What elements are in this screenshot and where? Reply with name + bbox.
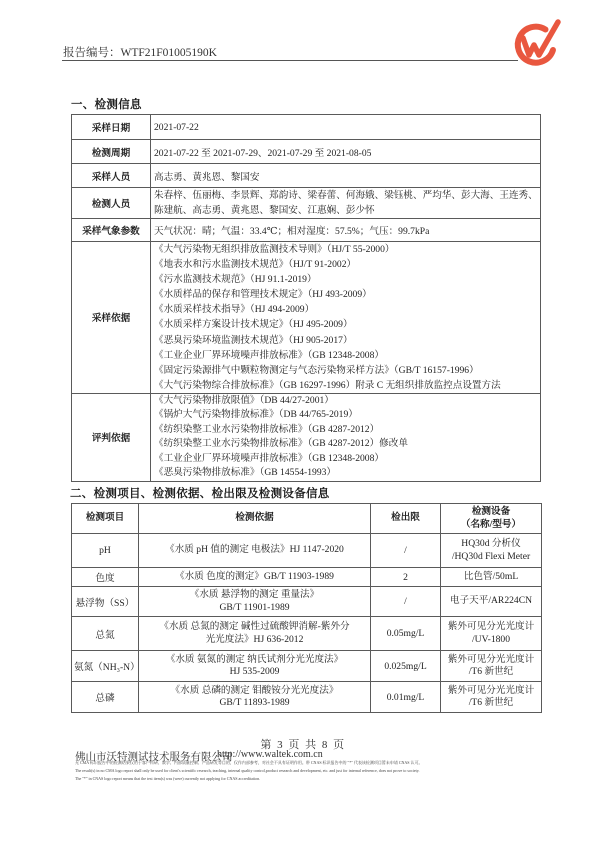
cell-limit: / — [371, 534, 441, 568]
text-line: 高志勇、黄兆恩、黎国安 — [154, 169, 538, 183]
cell-item: 悬浮物（SS） — [72, 587, 139, 617]
standard-item: 《大气污染物综合排放标准》（GB 16297-1996）附录 C 无组织排放监控… — [154, 378, 538, 393]
standard-item: 《地表水和污水监测技术规范》（HJ/T 91-2002） — [154, 257, 538, 272]
value-samplers: 高志勇、黄兆恩、黎国安 — [151, 164, 541, 188]
cell-item: 总磷 — [72, 682, 139, 713]
cell-limit: 0.05mg/L — [371, 617, 441, 651]
cell-method: 《水质 氨氮的测定 纳氏试剂分光光度法》 HJ 535-2009 — [139, 651, 371, 682]
standard-item: 《水质采样方案设计技术规定》（HJ 495-2009） — [154, 317, 538, 332]
text-line: 2021-07-22 至 2021-07-29、2021-07-29 至 202… — [154, 145, 538, 159]
standard-item: 《恶臭污染环境监测技术规范》（HJ 905-2017） — [154, 333, 538, 348]
header-text: 检测依据 — [141, 512, 368, 525]
cell-item: 总氮 — [72, 617, 139, 651]
standard-item: 《工业企业厂界环境噪声排放标准》（GB 12348-2008） — [154, 452, 538, 467]
header-detection-limit: 检出限 — [371, 504, 441, 534]
cell-method: 《水质 色度的测定》GB/T 11903-1989 — [139, 568, 371, 587]
cell-equipment: HQ30d 分析仪 /HQ30d Flexi Meter — [441, 534, 542, 568]
report-number-label: 报告编号： — [63, 47, 121, 59]
row-sampling-date: 采样日期 2021-07-22 — [72, 115, 541, 140]
table-row: 色度 《水质 色度的测定》GB/T 11903-1989 2 比色管/50mL — [72, 568, 542, 587]
header-text: 检出限 — [373, 512, 438, 525]
header-test-item: 检测项目 — [72, 504, 139, 534]
text-line: 天气状况：晴；气温：33.4℃；相对湿度：57.5%；气压：99.7kPa — [154, 223, 538, 237]
label-evaluation-basis: 评判依据 — [72, 393, 151, 481]
row-evaluation-basis: 评判依据 《大气污染物排放限值》（DB 44/27-2001） 《锅炉大气污染物… — [72, 393, 541, 481]
disclaimer-line: 无 CMA 标识报告中的检测结果仅用于客户科研、教学、内部质量控制、产品研发等目… — [75, 759, 545, 767]
standard-item: 《污水监测技术规范》（HJ 91.1-2019） — [154, 272, 538, 287]
row-test-period: 检测周期 2021-07-22 至 2021-07-29、2021-07-29 … — [72, 140, 541, 164]
cell-method: 《水质 总磷的测定 钼酸铵分光光度法》 GB/T 11893-1989 — [139, 682, 371, 713]
cell-limit: 0.01mg/L — [371, 682, 441, 713]
table-row: 总氮 《水质 总氮的测定 碱性过硫酸钾消解-紫外分 光光度法》HJ 636-20… — [72, 617, 542, 651]
report-number-value: WTF21F01005190K — [121, 47, 217, 59]
text-line: 《水质 总磷的测定 钼酸铵分光光度法》 — [141, 685, 368, 698]
standard-item: 《锅炉大气污染物排放标准》（DB 44/765-2019） — [154, 408, 538, 423]
text-line: 《水质 pH 值的测定 电极法》HJ 1147-2020 — [141, 544, 368, 557]
disclaimer-line: The result(s) in no CMA logo report shal… — [75, 767, 545, 775]
text-line: 2021-07-22 — [154, 122, 538, 133]
report-page: 报告编号：WTF21F01005190K 一、检测信息 采样日期 2021-07… — [0, 0, 595, 841]
text-line: HQ30d 分析仪 — [443, 538, 539, 551]
value-weather: 天气状况：晴；气温：33.4℃；相对湿度：57.5%；气压：99.7kPa — [151, 219, 541, 242]
row-testers: 检测人员 朱春梓、伍丽梅、李景辉、郑韵诗、梁春蕾、何海娥、梁钰桃、严均华、彭大海… — [72, 188, 541, 219]
standard-item: 《大气污染物无组织排放监测技术导则》（HJ/T 55-2000） — [154, 242, 538, 257]
header-test-method: 检测依据 — [139, 504, 371, 534]
cell-equipment: 电子天平/AR224CN — [441, 587, 542, 617]
inspection-info-table: 采样日期 2021-07-22 检测周期 2021-07-22 至 2021-0… — [71, 114, 541, 482]
text-line: /UV-1800 — [443, 634, 539, 647]
cell-item: pH — [72, 534, 139, 568]
standard-item: 《固定污染源排气中颗粒物测定与气态污染物采样方法》（GB/T 16157-199… — [154, 363, 538, 378]
text-line: /T6 新世纪 — [443, 697, 539, 710]
header-equipment: 检测设备 （名称/型号） — [441, 504, 542, 534]
text-line: 《水质 氨氮的测定 纳氏试剂分光光度法》 — [141, 654, 368, 667]
text-line: 紫外可见分光光度计 — [443, 654, 539, 667]
header-text: 检测设备 — [443, 506, 539, 519]
text-line: 比色管/50mL — [443, 571, 539, 584]
standard-item: 《恶臭污染物排放标准》（GB 14554-1993） — [154, 466, 538, 481]
label-samplers: 采样人员 — [72, 164, 151, 188]
cell-item: 色度 — [72, 568, 139, 587]
table-header-row: 检测项目 检测依据 检出限 检测设备 （名称/型号） — [72, 504, 542, 534]
cell-limit: 2 — [371, 568, 441, 587]
disclaimer-notes: 无 CMA 标识报告中的检测结果仅用于客户科研、教学、内部质量控制、产品研发等目… — [75, 759, 545, 783]
text-line: 紫外可见分光光度计 — [443, 621, 539, 634]
table-row: pH 《水质 pH 值的测定 电极法》HJ 1147-2020 / HQ30d … — [72, 534, 542, 568]
report-number: 报告编号：WTF21F01005190K — [63, 44, 217, 60]
standard-item: 《水质采样技术指导》（HJ 494-2009） — [154, 302, 538, 317]
cell-method: 《水质 总氮的测定 碱性过硫酸钾消解-紫外分 光光度法》HJ 636-2012 — [139, 617, 371, 651]
cell-item: 氨氮（NH₃-N） — [72, 651, 139, 682]
cell-equipment: 比色管/50mL — [441, 568, 542, 587]
table-row: 氨氮（NH₃-N） 《水质 氨氮的测定 纳氏试剂分光光度法》 HJ 535-20… — [72, 651, 542, 682]
waltek-check-logo-icon — [510, 18, 562, 72]
text-line: 陈建航、高志勇、黄兆恩、黎国安、江惠娴、彭少怀 — [154, 203, 538, 218]
text-line: 《水质 总氮的测定 碱性过硫酸钾消解-紫外分 — [141, 621, 368, 634]
cell-method: 《水质 pH 值的测定 电极法》HJ 1147-2020 — [139, 534, 371, 568]
header-text: （名称/型号） — [443, 519, 539, 532]
standard-item: 《纺织染整工业水污染物排放标准》（GB 4287-2012） — [154, 423, 538, 438]
cell-method: 《水质 悬浮物的测定 重量法》 GB/T 11901-1989 — [139, 587, 371, 617]
cell-equipment: 紫外可见分光光度计 /UV-1800 — [441, 617, 542, 651]
standard-item: 《水质样品的保存和管理技术规定》（HJ 493-2009） — [154, 287, 538, 302]
header-text: 检测项目 — [74, 512, 136, 525]
text-line: /T6 新世纪 — [443, 666, 539, 679]
disclaimer-line: The "*" in CNAS logo report means that t… — [75, 775, 545, 783]
row-sampling-basis: 采样依据 《大气污染物无组织排放监测技术导则》（HJ/T 55-2000） 《地… — [72, 242, 541, 394]
text-line: 《水质 色度的测定》GB/T 11903-1989 — [141, 571, 368, 584]
cell-limit: 0.025mg/L — [371, 651, 441, 682]
test-items-table: 检测项目 检测依据 检出限 检测设备 （名称/型号） pH 《水质 pH 值的测… — [71, 503, 542, 713]
label-testers: 检测人员 — [72, 188, 151, 219]
text-line: HJ 535-2009 — [141, 666, 368, 679]
cell-equipment: 紫外可见分光光度计 /T6 新世纪 — [441, 682, 542, 713]
cell-equipment: 紫外可见分光光度计 /T6 新世纪 — [441, 651, 542, 682]
value-sampling-date: 2021-07-22 — [151, 115, 541, 140]
text-line: GB/T 11893-1989 — [141, 697, 368, 710]
standard-item: 《工业企业厂界环境噪声排放标准》（GB 12348-2008） — [154, 348, 538, 363]
value-testers: 朱春梓、伍丽梅、李景辉、郑韵诗、梁春蕾、何海娥、梁钰桃、严均华、彭大海、王连秀、… — [151, 188, 541, 219]
text-line: 紫外可见分光光度计 — [443, 685, 539, 698]
standard-item: 《纺织染整工业水污染物排放标准》（GB 4287-2012）修改单 — [154, 437, 538, 452]
label-weather: 采样气象参数 — [72, 219, 151, 242]
section-2-title: 二、检测项目、检测依据、检出限及检测设备信息 — [70, 485, 330, 501]
header-divider — [62, 60, 518, 61]
row-samplers: 采样人员 高志勇、黄兆恩、黎国安 — [72, 164, 541, 188]
table-row: 总磷 《水质 总磷的测定 钼酸铵分光光度法》 GB/T 11893-1989 0… — [72, 682, 542, 713]
standard-item: 《大气污染物排放限值》（DB 44/27-2001） — [154, 394, 538, 409]
label-test-period: 检测周期 — [72, 140, 151, 164]
label-sampling-date: 采样日期 — [72, 115, 151, 140]
label-sampling-basis: 采样依据 — [72, 242, 151, 394]
text-line: /HQ30d Flexi Meter — [443, 551, 539, 564]
text-line: GB/T 11901-1989 — [141, 602, 368, 615]
text-line: 电子天平/AR224CN — [443, 595, 539, 608]
section-1-title: 一、检测信息 — [71, 96, 142, 112]
value-test-period: 2021-07-22 至 2021-07-29、2021-07-29 至 202… — [151, 140, 541, 164]
value-sampling-basis: 《大气污染物无组织排放监测技术导则》（HJ/T 55-2000） 《地表水和污水… — [151, 242, 541, 394]
value-evaluation-basis: 《大气污染物排放限值》（DB 44/27-2001） 《锅炉大气污染物排放标准》… — [151, 393, 541, 481]
text-line: 《水质 悬浮物的测定 重量法》 — [141, 589, 368, 602]
table-row: 悬浮物（SS） 《水质 悬浮物的测定 重量法》 GB/T 11901-1989 … — [72, 587, 542, 617]
text-line: 光光度法》HJ 636-2012 — [141, 634, 368, 647]
row-weather: 采样气象参数 天气状况：晴；气温：33.4℃；相对湿度：57.5%；气压：99.… — [72, 219, 541, 242]
text-line: 朱春梓、伍丽梅、李景辉、郑韵诗、梁春蕾、何海娥、梁钰桃、严均华、彭大海、王连秀、 — [154, 188, 538, 203]
cell-limit: / — [371, 587, 441, 617]
